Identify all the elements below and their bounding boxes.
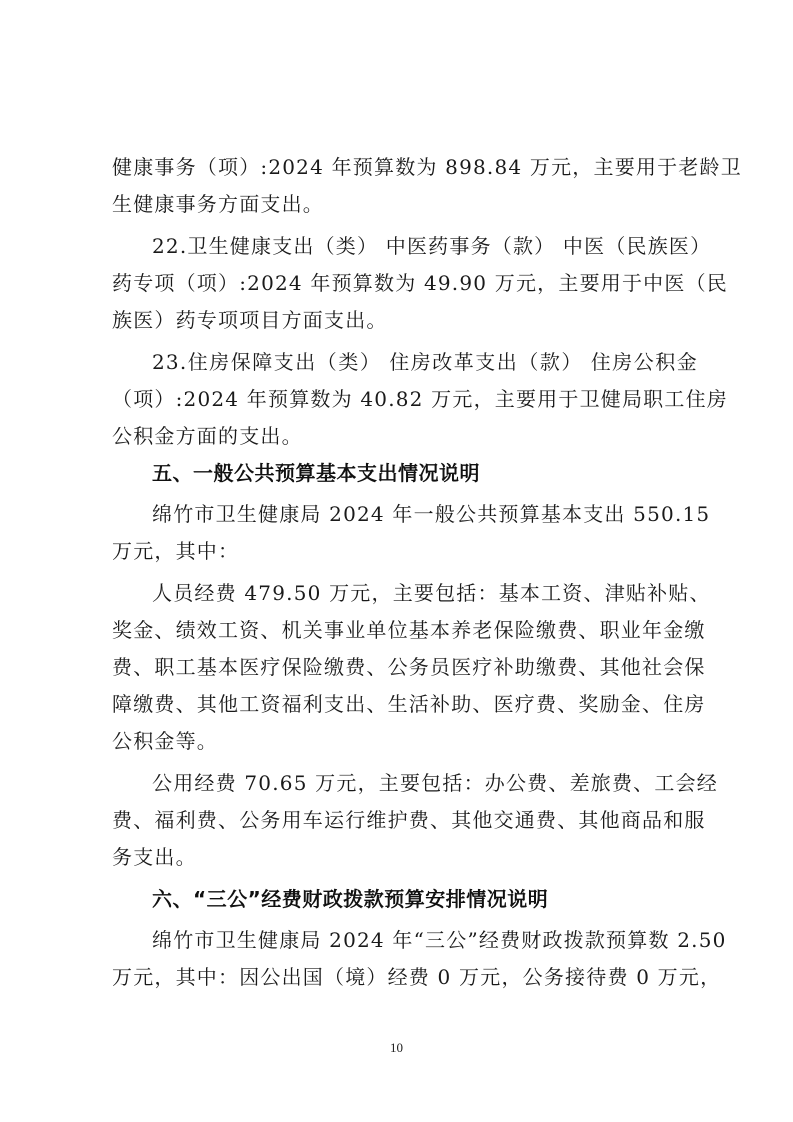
body-line-public: 公用经费 70.65 万元，主要包括：办公费、差旅费、工会经 (152, 768, 698, 798)
body-line: 费、职工基本医疗保险缴费、公务员医疗补助缴费、其他社会保 (112, 652, 698, 682)
section-heading-5: 五、一般公共预算基本支出情况说明 (152, 458, 480, 488)
body-line: 药专项（项）:2024 年预算数为 49.90 万元，主要用于中医（民 (112, 268, 698, 298)
body-line: 公积金等。 (112, 726, 698, 756)
body-line-item-22: 22.卫生健康支出（类） 中医药事务（款） 中医（民族医） (152, 231, 698, 261)
body-line: 公积金方面的支出。 (112, 421, 698, 451)
page-number: 10 (0, 1040, 793, 1056)
body-line-item-23: 23.住房保障支出（类） 住房改革支出（款） 住房公积金 (152, 347, 698, 377)
document-page: 健康事务（项）:2024 年预算数为 898.84 万元，主要用于老龄卫 生健康… (0, 0, 793, 1122)
body-line-personnel: 人员经费 479.50 万元，主要包括：基本工资、津贴补贴、 (152, 578, 698, 608)
body-line: 绵竹市卫生健康局 2024 年一般公共预算基本支出 550.15 (152, 499, 698, 529)
body-line: 生健康事务方面支出。 (112, 189, 698, 219)
body-line: 奖金、绩效工资、机关事业单位基本养老保险缴费、职业年金缴 (112, 615, 698, 645)
body-line: 族医）药专项项目方面支出。 (112, 305, 698, 335)
body-line: 费、福利费、公务用车运行维护费、其他交通费、其他商品和服 (112, 805, 698, 835)
body-line: 万元，其中：因公出国（境）经费 0 万元，公务接待费 0 万元， (112, 962, 698, 992)
body-line: 障缴费、其他工资福利支出、生活补助、医疗费、奖励金、住房 (112, 689, 698, 719)
section-heading-6: 六、“三公”经费财政拨款预算安排情况说明 (152, 884, 548, 914)
body-line: 务支出。 (112, 842, 698, 872)
body-line: （项）:2024 年预算数为 40.82 万元，主要用于卫健局职工住房 (112, 384, 698, 414)
body-line: 健康事务（项）:2024 年预算数为 898.84 万元，主要用于老龄卫 (112, 152, 698, 182)
body-line: 绵竹市卫生健康局 2024 年“三公”经费财政拨款预算数 2.50 (152, 925, 698, 955)
body-line: 万元，其中： (112, 536, 698, 566)
